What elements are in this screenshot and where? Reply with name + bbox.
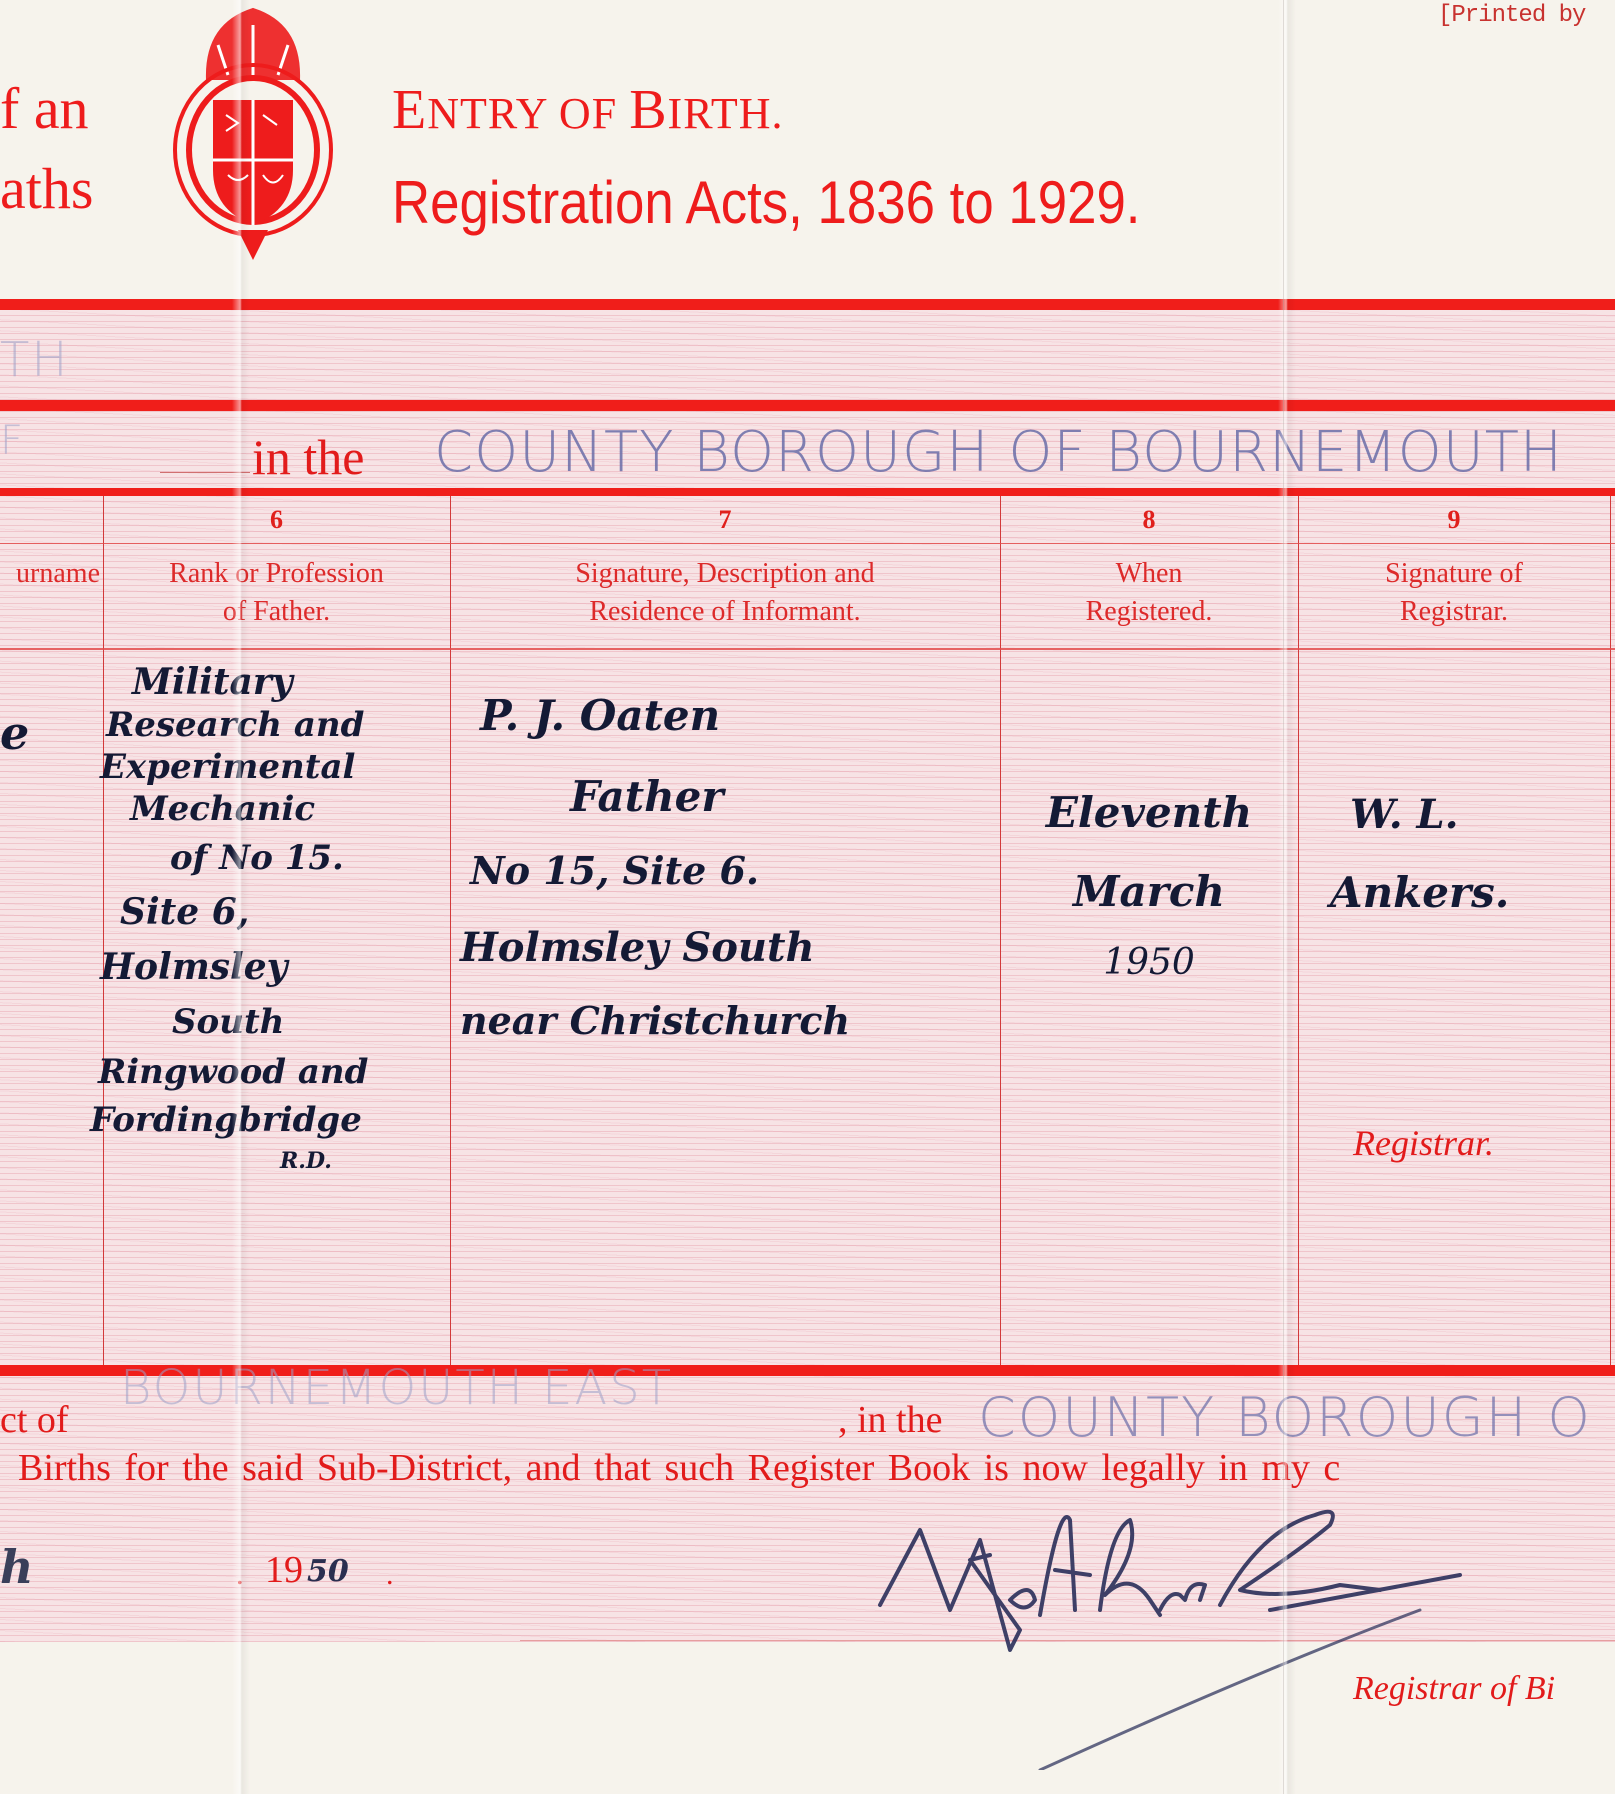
royal-coat-of-arms-icon — [168, 5, 338, 260]
header-left-fragment-2: aths — [0, 160, 93, 218]
certification-fragment: ct of — [0, 1398, 69, 1442]
registrar-surname: Ankers. — [1310, 858, 1610, 928]
column-divider — [1610, 496, 1611, 1365]
informant-residence-line: No 15, Site 6. — [460, 832, 1000, 910]
registrar-initials: W. L. — [1310, 772, 1610, 858]
column-number-8: 8 — [1000, 505, 1298, 535]
certification-year-printed: 19 — [265, 1548, 303, 1592]
informant-residence-line: Holmsley South — [460, 910, 1000, 986]
document-subtitle: Registration Acts, 1836 to 1929. — [392, 168, 1140, 237]
faint-sub-district-stamp: BOURNEMOUTH EAST — [120, 1360, 673, 1416]
superintendent-registrar-signature: W L Ankers — [860, 1500, 1615, 1770]
father-profession-line: Experimental — [90, 746, 460, 788]
registrar-of-births-label: Registrar of Bi — [1353, 1670, 1555, 1708]
column-number-7: 7 — [450, 505, 1000, 535]
column-header-informant: Signature, Description and Residence of … — [450, 555, 1000, 631]
surname-fragment: e — [0, 706, 29, 760]
father-profession-cell: Military Research and Experimental Mecha… — [90, 660, 460, 1178]
sub-district-stamp-fragment: F — [0, 418, 25, 464]
father-profession-line: Site 6, — [90, 886, 460, 938]
printed-by-fragment: [Printed by — [1438, 2, 1585, 29]
registrar-label: Registrar. — [1353, 1122, 1494, 1164]
column-header-father-profession: Rank or Profession of Father. — [103, 555, 450, 631]
date-end-dot: . — [386, 1558, 394, 1592]
header-number-rule — [0, 543, 1615, 544]
registered-year: 1950 — [1000, 928, 1298, 998]
county-borough-stamp: COUNTY BOROUGH OF BOURNEMOUTH — [434, 420, 1563, 485]
column-number-6: 6 — [103, 505, 450, 535]
certification-year-handwritten: 50 — [307, 1554, 349, 1589]
red-rule-district — [0, 400, 1615, 411]
document-title: ENTRY OF BIRTH. — [392, 78, 784, 142]
father-profession-line: South — [90, 996, 460, 1048]
red-rule-top — [0, 299, 1615, 310]
registered-month: March — [1000, 856, 1298, 928]
column-header-registrar-signature: Signature of Registrar. — [1298, 555, 1610, 631]
informant-cell: P. J. Oaten Father No 15, Site 6. Holmsl… — [460, 670, 1000, 1056]
column-header-when-registered: When Registered. — [1000, 555, 1298, 631]
informant-residence-line: near Christchurch — [460, 986, 1000, 1056]
informant-signature: P. J. Oaten — [460, 670, 1000, 762]
date-dot: . — [236, 1558, 244, 1592]
district-stamp-fragment: TH — [0, 332, 69, 388]
red-rule-table-top — [0, 488, 1615, 496]
registrar-signature-cell: W. L. Ankers. — [1310, 772, 1610, 928]
column-header-surname: urname — [0, 555, 100, 593]
father-profession-line: Ringwood and — [90, 1048, 460, 1096]
father-profession-line: of No 15. — [90, 830, 460, 886]
father-profession-line: Fordingbridge — [90, 1096, 460, 1144]
informant-description: Father — [460, 762, 1000, 832]
header-left-fragment-1: f an — [0, 80, 89, 138]
registered-day: Eleventh — [1000, 770, 1298, 856]
when-registered-cell: Eleventh March 1950 — [1000, 770, 1298, 998]
father-profession-line: Holmsley — [90, 938, 460, 996]
in-the-label: in the — [252, 428, 364, 486]
header-bottom-rule — [0, 648, 1615, 650]
father-profession-line: R.D. — [90, 1144, 460, 1178]
column-number-9: 9 — [1298, 505, 1610, 535]
father-profession-line: Mechanic — [90, 788, 460, 830]
certification-text: Births for the said Sub-District, and th… — [18, 1446, 1340, 1490]
county-borough-stamp-2: COUNTY BOROUGH O — [978, 1386, 1592, 1449]
certification-day-fragment: h — [0, 1540, 33, 1594]
in-the-label-2: , in the — [838, 1398, 942, 1442]
father-profession-line: Military — [90, 660, 460, 704]
fill-in-underline — [160, 472, 250, 473]
father-profession-line: Research and — [90, 704, 460, 746]
